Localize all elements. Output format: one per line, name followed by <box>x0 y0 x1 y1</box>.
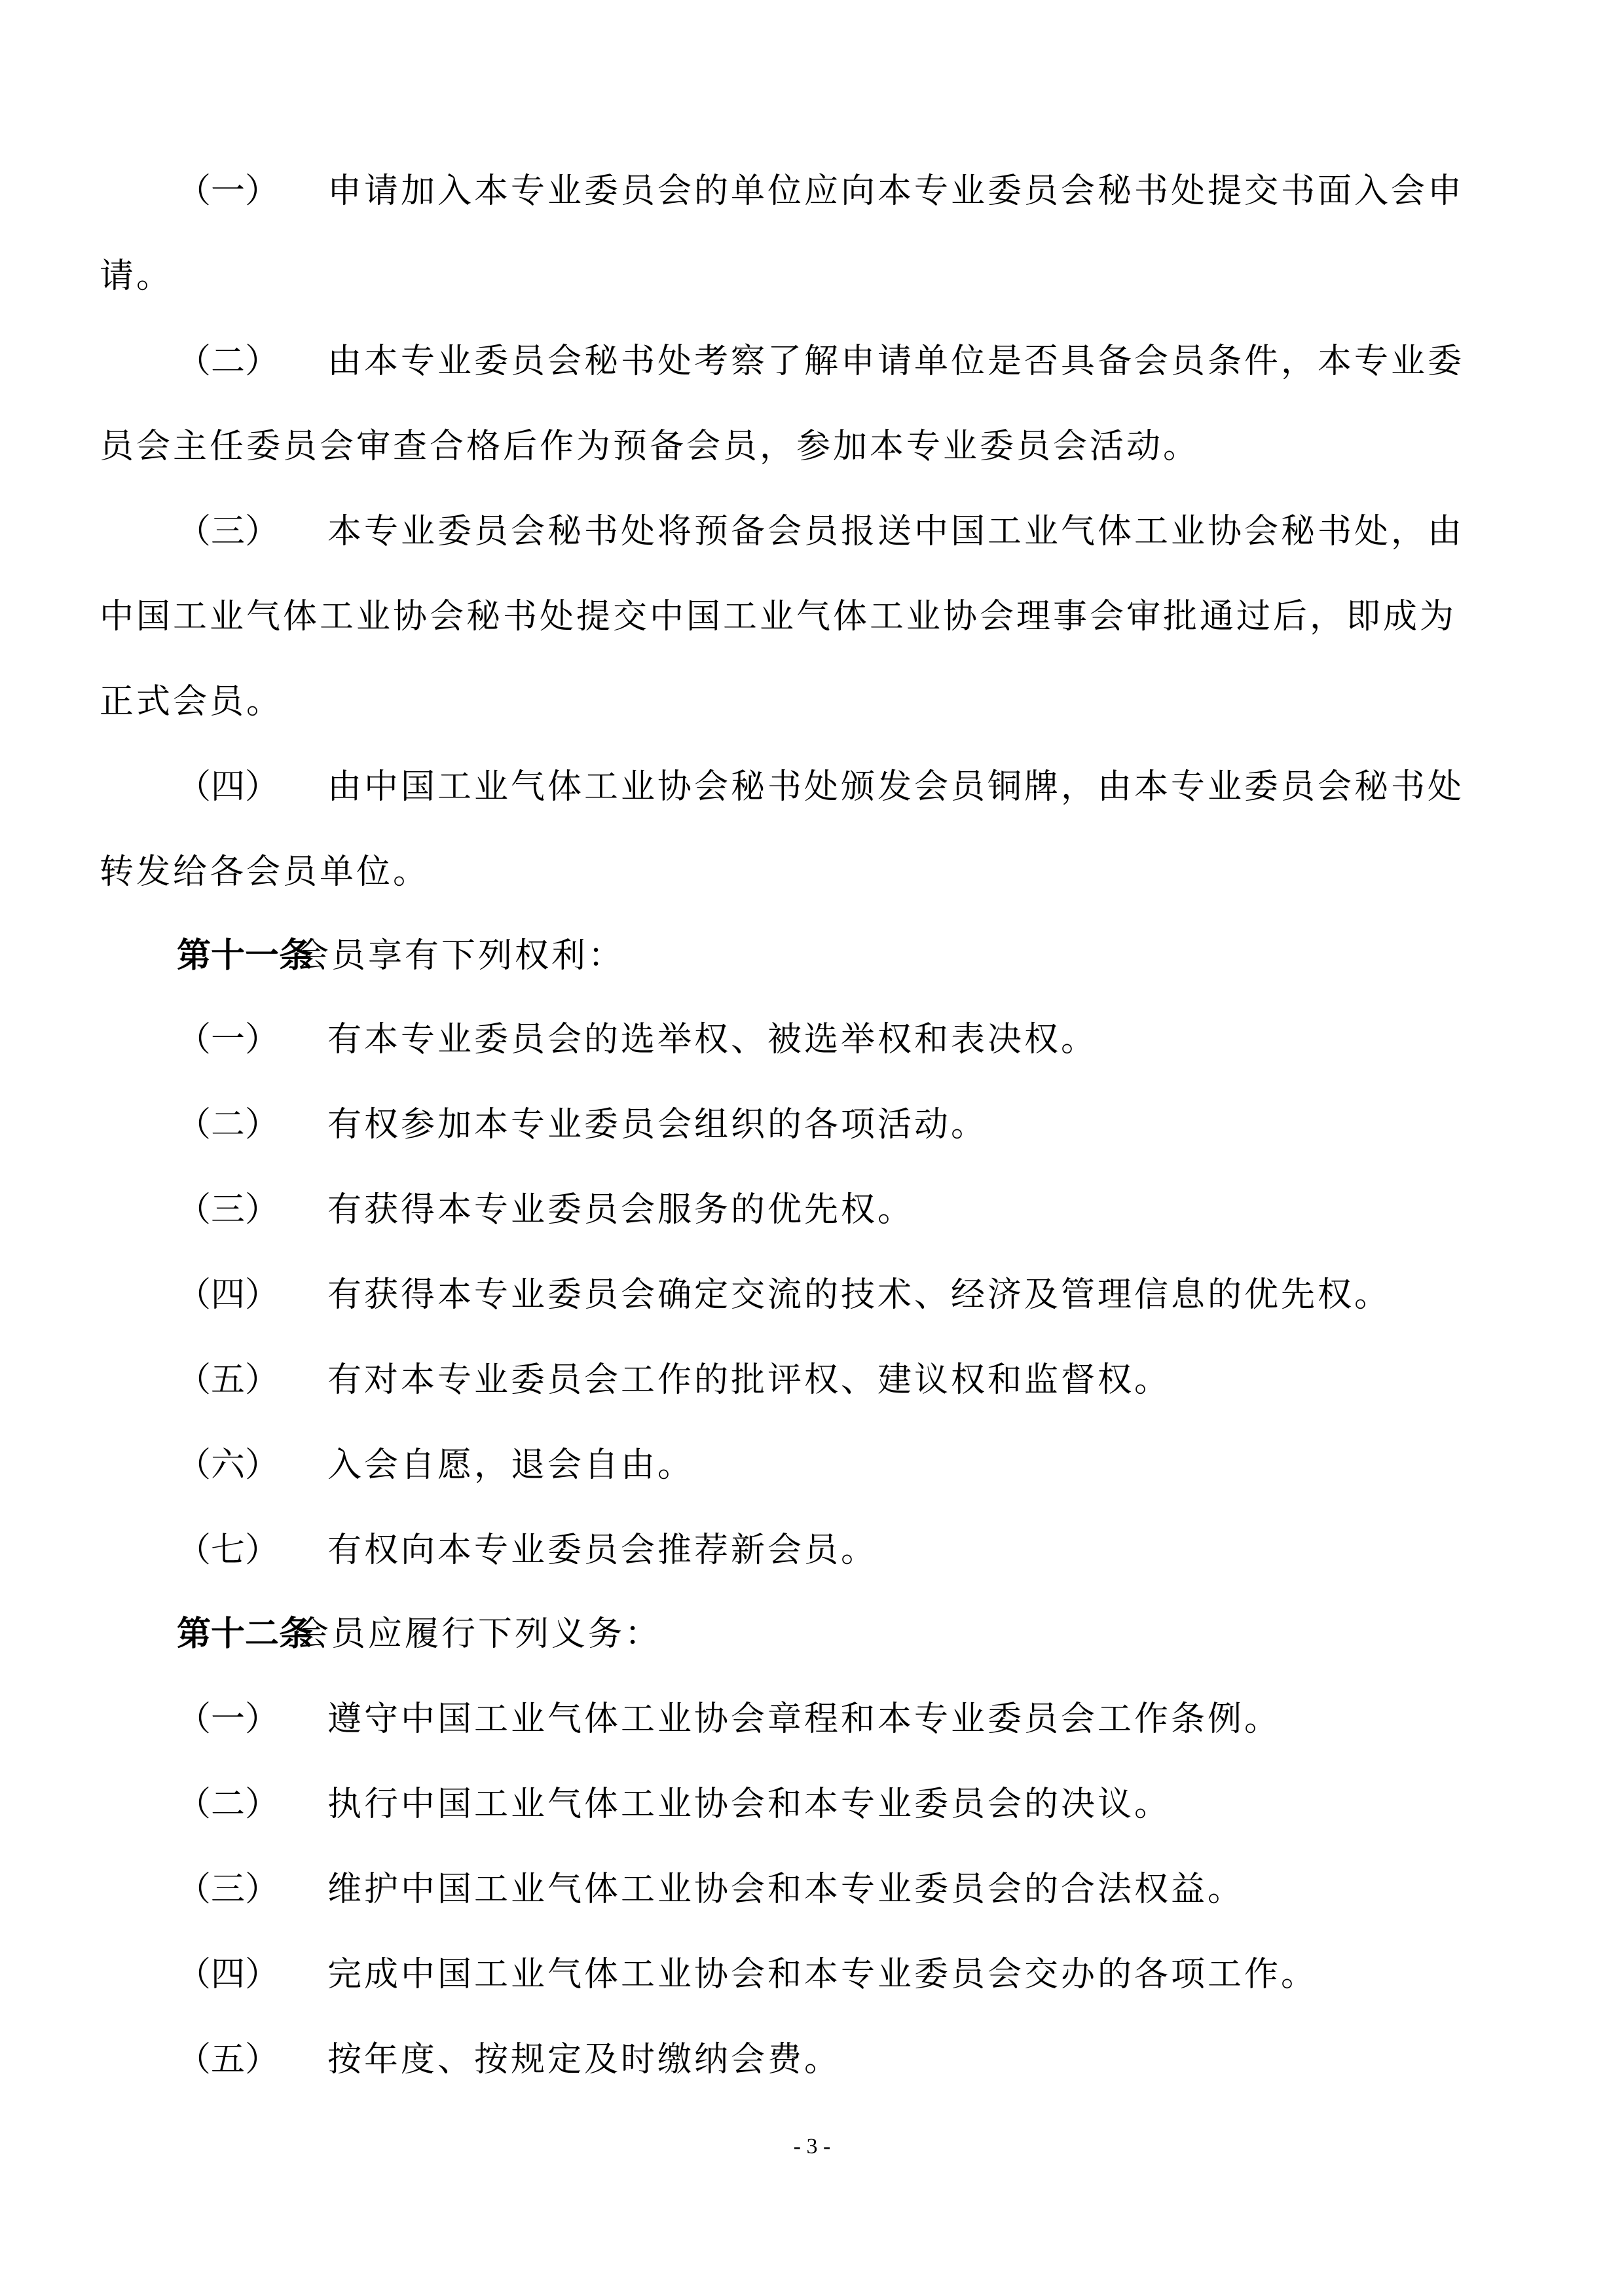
article-12-item-5: （五）按年度、按规定及时缴纳会费。 <box>177 2040 1604 2079</box>
paragraph-3-line-3: 正式会员。 <box>100 682 1527 721</box>
paragraph-1-line-2: 请。 <box>100 257 1527 296</box>
paragraph-3-line-1: （三）本专业委员会秘书处将预备会员报送中国工业气体工业协会秘书处，由 <box>177 512 1604 551</box>
paragraph-4-line-2: 转发给各会员单位。 <box>100 852 1527 892</box>
item-number: （七） <box>177 1531 327 1570</box>
article-11-item-4: （四）有获得本专业委员会确定交流的技术、经济及管理信息的优先权。 <box>177 1275 1604 1315</box>
item-number: （六） <box>177 1446 327 1485</box>
item-number: （二） <box>177 1785 327 1824</box>
item-number: （四） <box>177 1275 327 1315</box>
item-text: 有获得本专业委员会服务的优先权。 <box>327 1190 914 1230</box>
article-11-item-7: （七）有权向本专业委员会推荐新会员。 <box>177 1531 1604 1570</box>
item-text: 按年度、按规定及时缴纳会费。 <box>327 2040 841 2079</box>
item-number: （五） <box>177 2040 327 2079</box>
item-number: （一） <box>177 172 327 211</box>
paragraph-text: 由中国工业气体工业协会秘书处颁发会员铜牌，由本专业委员会秘书处 <box>327 767 1464 807</box>
item-number: （三） <box>177 1870 327 1909</box>
paragraph-3-line-2: 中国工业气体工业协会秘书处提交中国工业气体工业协会理事会审批通过后，即成为 <box>100 597 1527 636</box>
paragraph-4-line-1: （四）由中国工业气体工业协会秘书处颁发会员铜牌，由本专业委员会秘书处 <box>177 767 1604 807</box>
item-text: 遵守中国工业气体工业协会章程和本专业委员会工作条例。 <box>327 1700 1281 1739</box>
article-11-item-5: （五）有对本专业委员会工作的批评权、建议权和监督权。 <box>177 1360 1604 1400</box>
article-12-heading: 第十二条会员应履行下列义务： <box>177 1614 1604 1654</box>
item-number: （一） <box>177 1700 327 1739</box>
item-text: 有权向本专业委员会推荐新会员。 <box>327 1531 877 1570</box>
article-11-item-6: （六）入会自愿，退会自由。 <box>177 1446 1604 1485</box>
document-page: （一）申请加入本专业委员会的单位应向本专业委员会秘书处提交书面入会申 请。 （二… <box>0 0 1624 2296</box>
paragraph-2-line-1: （二）由本专业委员会秘书处考察了解申请单位是否具备会员条件，本专业委 <box>177 342 1604 381</box>
article-text: 会员享有下列权利： <box>295 936 625 975</box>
item-number: （二） <box>177 1105 327 1144</box>
article-11-item-3: （三）有获得本专业委员会服务的优先权。 <box>177 1190 1604 1230</box>
item-number: （五） <box>177 1360 327 1400</box>
paragraph-2-line-2: 员会主任委员会审查合格后作为预备会员，参加本专业委员会活动。 <box>100 427 1527 466</box>
item-text: 维护中国工业气体工业协会和本专业委员会的合法权益。 <box>327 1870 1244 1909</box>
article-text: 会员应履行下列义务： <box>295 1614 661 1654</box>
item-text: 有获得本专业委员会确定交流的技术、经济及管理信息的优先权。 <box>327 1275 1391 1315</box>
item-text: 有对本专业委员会工作的批评权、建议权和监督权。 <box>327 1360 1171 1400</box>
paragraph-text: 由本专业委员会秘书处考察了解申请单位是否具备会员条件，本专业委 <box>327 342 1464 381</box>
article-11-item-2: （二）有权参加本专业委员会组织的各项活动。 <box>177 1105 1604 1144</box>
article-12-item-4: （四）完成中国工业气体工业协会和本专业委员会交办的各项工作。 <box>177 1955 1604 1994</box>
paragraph-text: 申请加入本专业委员会的单位应向本专业委员会秘书处提交书面入会申 <box>327 172 1464 211</box>
item-text: 完成中国工业气体工业协会和本专业委员会交办的各项工作。 <box>327 1955 1318 1994</box>
article-title: 第十二条 <box>177 1614 275 1654</box>
item-text: 入会自愿，退会自由。 <box>327 1446 694 1485</box>
article-11-heading: 第十一条会员享有下列权利： <box>177 936 1604 975</box>
article-12-item-1: （一）遵守中国工业气体工业协会章程和本专业委员会工作条例。 <box>177 1700 1604 1739</box>
item-number: （四） <box>177 1955 327 1994</box>
paragraph-1-line-1: （一）申请加入本专业委员会的单位应向本专业委员会秘书处提交书面入会申 <box>177 172 1604 211</box>
page-number: - 3 - <box>0 2134 1624 2159</box>
item-text: 执行中国工业气体工业协会和本专业委员会的决议。 <box>327 1785 1171 1824</box>
paragraph-text: 本专业委员会秘书处将预备会员报送中国工业气体工业协会秘书处，由 <box>327 512 1464 551</box>
item-number: （三） <box>177 1190 327 1230</box>
item-text: 有本专业委员会的选举权、被选举权和表决权。 <box>327 1020 1098 1059</box>
article-12-item-2: （二）执行中国工业气体工业协会和本专业委员会的决议。 <box>177 1785 1604 1824</box>
item-number: （二） <box>177 342 327 381</box>
article-title: 第十一条 <box>177 936 275 975</box>
item-number: （三） <box>177 512 327 551</box>
item-text: 有权参加本专业委员会组织的各项活动。 <box>327 1105 987 1144</box>
article-12-item-3: （三）维护中国工业气体工业协会和本专业委员会的合法权益。 <box>177 1870 1604 1909</box>
item-number: （一） <box>177 1020 327 1059</box>
item-number: （四） <box>177 767 327 807</box>
article-11-item-1: （一）有本专业委员会的选举权、被选举权和表决权。 <box>177 1020 1604 1059</box>
